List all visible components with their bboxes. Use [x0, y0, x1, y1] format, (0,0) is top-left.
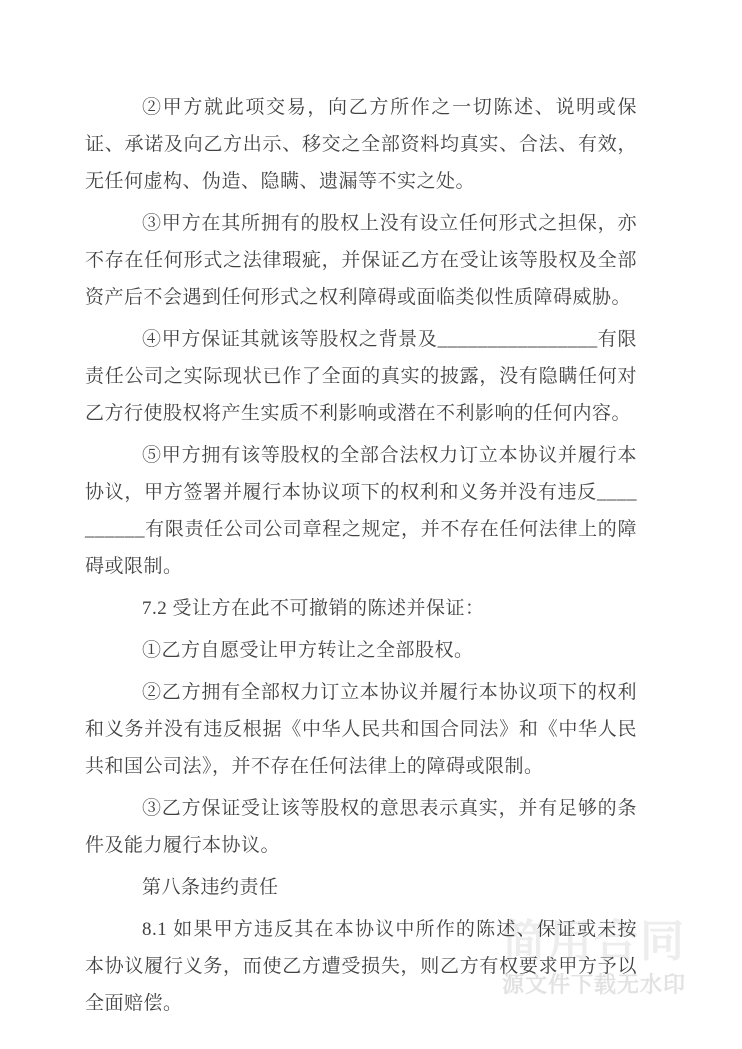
clause-7-2-buyer-warranty-2: ②乙方拥有全部权力订立本协议并履行本协议项下的权利和义务并没有违反根据《中华人民… — [85, 674, 637, 785]
clause-7-1-seller-warranty-5: ⑤甲方拥有该等股权的全部合法权力订立本协议并履行本协议，甲方签署并履行本协议项下… — [85, 437, 637, 585]
clause-8-1: 8.1 如果甲方违反其在本协议中所作的陈述、保证或未按本协议履行义务，而使乙方遭… — [85, 911, 637, 1022]
clause-7-2-buyer-warranty-1: ①乙方自愿受让甲方转让之全部股权。 — [85, 632, 637, 669]
contract-body: ②甲方就此项交易，向乙方所作之一切陈述、说明或保证、承诺及向乙方出示、移交之全部… — [85, 89, 637, 1022]
section-7-2-heading: 7.2 受让方在此不可撤销的陈述并保证： — [85, 590, 637, 627]
clause-7-1-seller-warranty-3: ③甲方在其所拥有的股权上没有设立任何形式之担保，亦不存在任何形式之法律瑕疵，并保… — [85, 205, 637, 316]
clause-7-1-seller-warranty-4: ④甲方保证其就该等股权之背景及________________有限责任公司之实际… — [85, 321, 637, 432]
article-8-title: 第八条违约责任 — [85, 869, 637, 906]
clause-7-2-buyer-warranty-3: ③乙方保证受让该等股权的意思表示真实，并有足够的条件及能力履行本协议。 — [85, 790, 637, 864]
clause-7-1-seller-warranty-2: ②甲方就此项交易，向乙方所作之一切陈述、说明或保证、承诺及向乙方出示、移交之全部… — [85, 89, 637, 200]
document-page: 简用合同 源文件下载无水印 ②甲方就此项交易，向乙方所作之一切陈述、说明或保证、… — [0, 0, 742, 1049]
